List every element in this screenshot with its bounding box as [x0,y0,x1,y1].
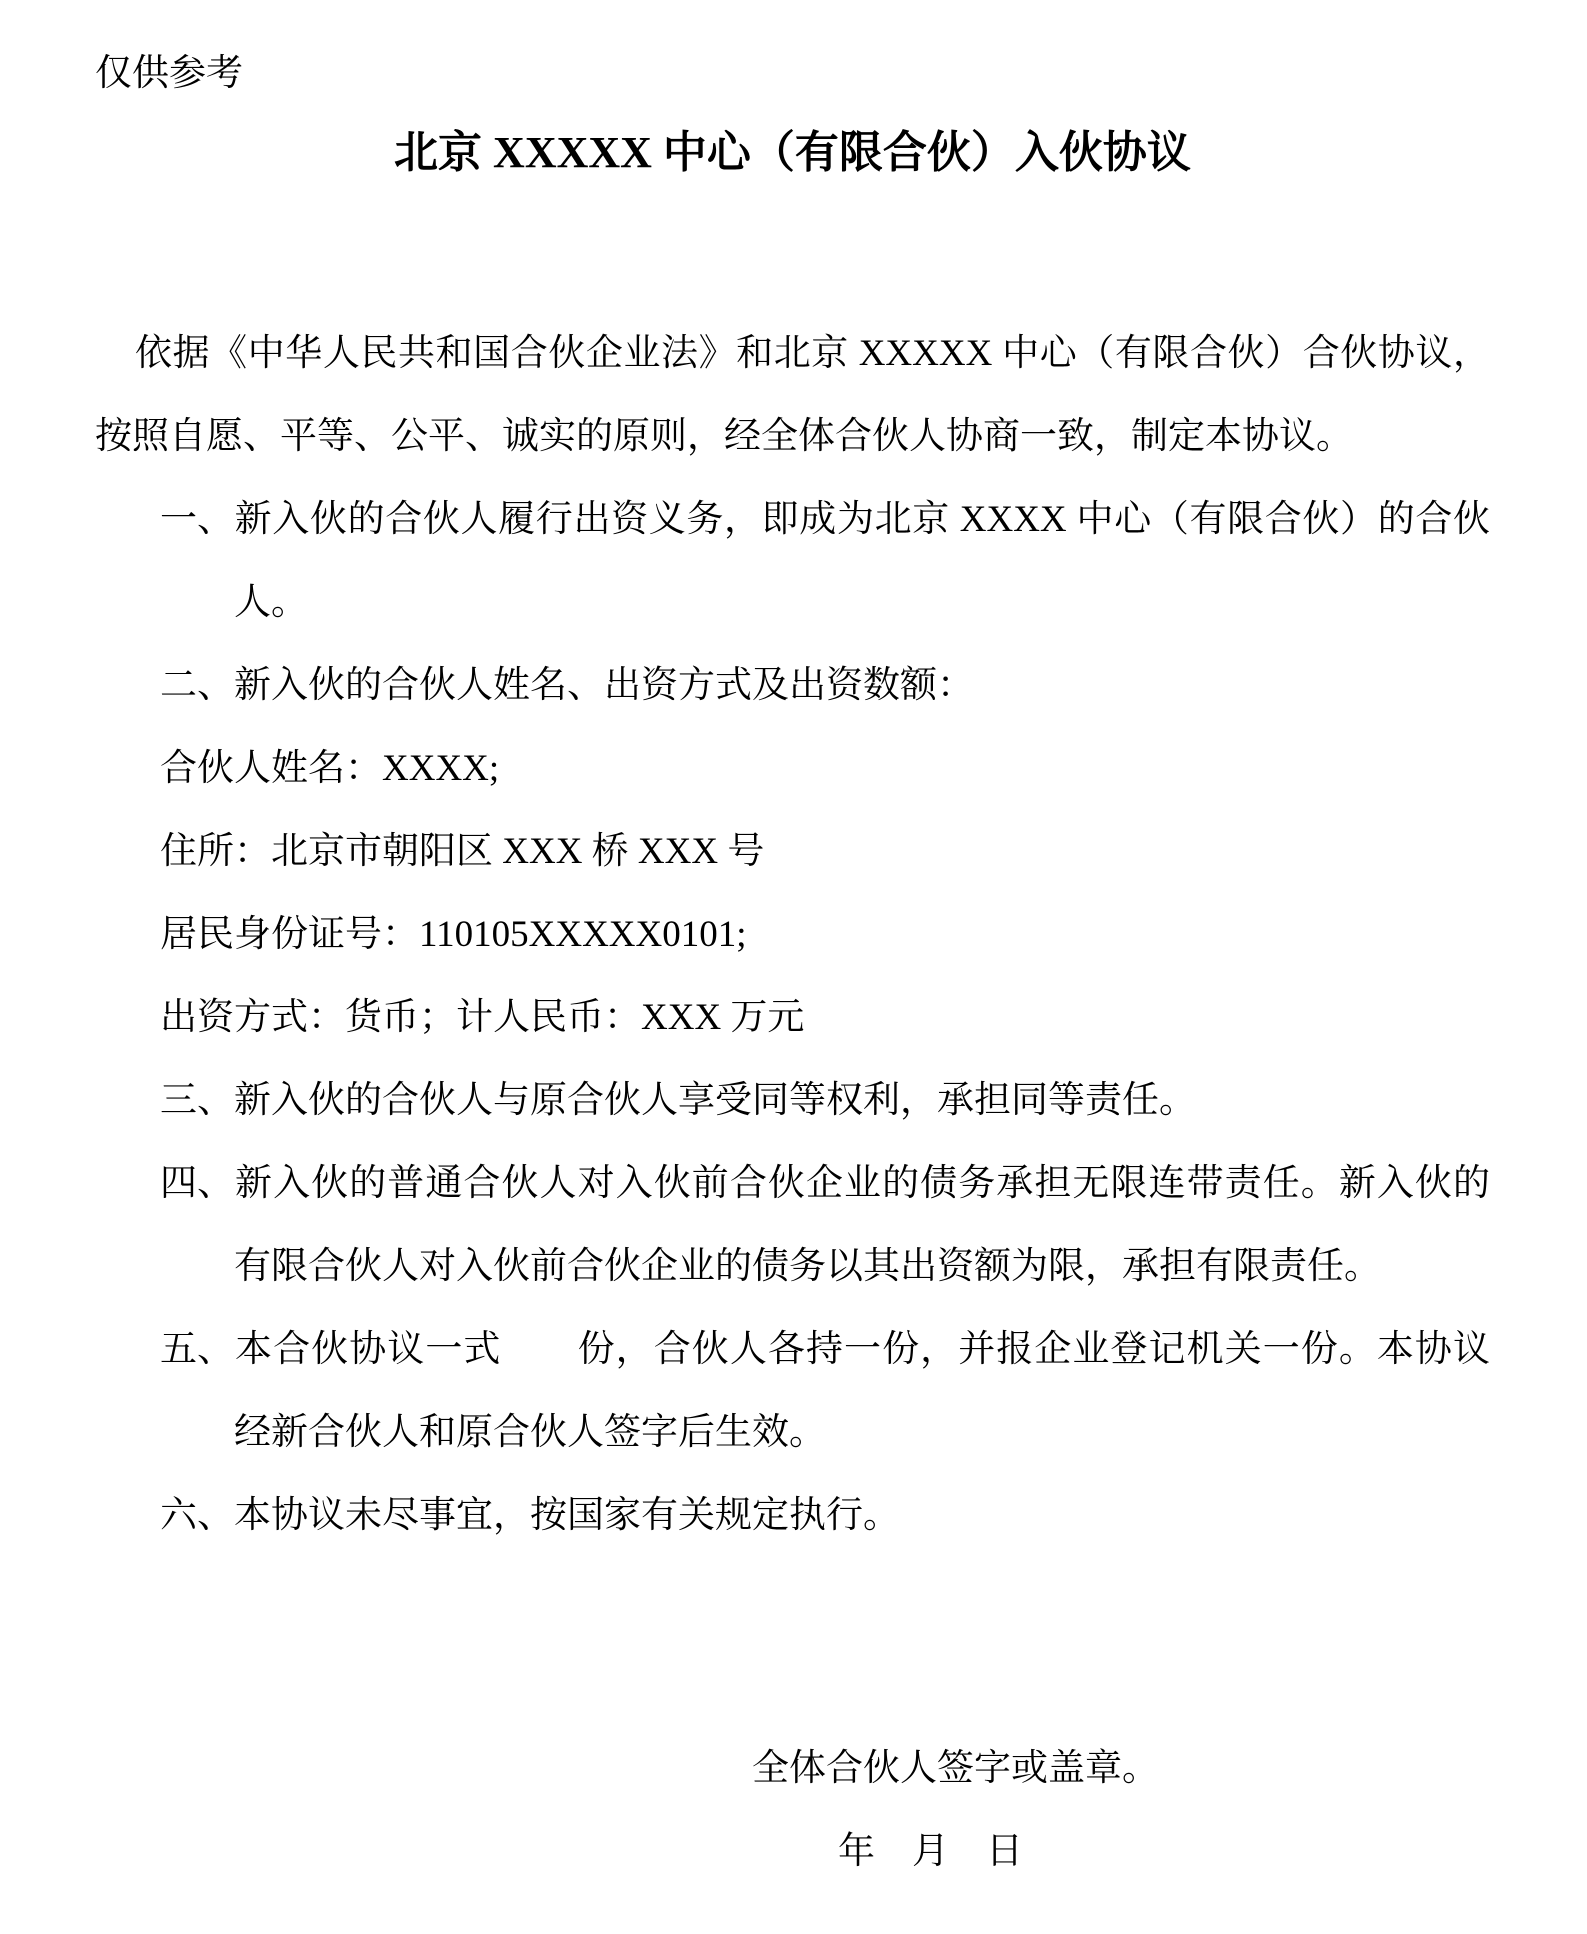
signature-line: 全体合伙人签字或盖章。 [752,1727,1490,1810]
clause-6: 六、本协议未尽事宜，按国家有关规定执行。 [160,1474,1490,1557]
document-page: 仅供参考 北京 XXXXX 中心（有限合伙）入伙协议 依据《中华人民共和国合伙企… [0,0,1587,1934]
clause-2-number: 二、 [160,644,234,727]
clause-1-text: 新入伙的合伙人履行出资义务，即成为北京 XXXX 中心（有限合伙）的合伙人。 [234,499,1490,623]
detail-partner-name: 合伙人姓名：XXXX; [160,727,1490,810]
clause-3-text: 新入伙的合伙人与原合伙人享受同等权利，承担同等责任。 [234,1080,1196,1121]
detail-address: 住所：北京市朝阳区 XXX 桥 XXX 号 [160,810,1490,893]
clause-6-number: 六、 [160,1474,234,1557]
clause-6-text: 本协议未尽事宜，按国家有关规定执行。 [234,1495,900,1536]
detail-id-number: 居民身份证号：110105XXXXX0101; [160,893,1490,976]
clause-3-number: 三、 [160,1059,234,1142]
clause-2-text: 新入伙的合伙人姓名、出资方式及出资数额： [234,665,974,706]
clause-5-number: 五、 [160,1308,234,1391]
clause-1: 一、新入伙的合伙人履行出资义务，即成为北京 XXXX 中心（有限合伙）的合伙人。 [160,478,1490,644]
clause-4-text: 新入伙的普通合伙人对入伙前合伙企业的债务承担无限连带责任。新入伙的有限合伙人对入… [234,1163,1490,1287]
clause-2: 二、新入伙的合伙人姓名、出资方式及出资数额： [160,644,1490,727]
intro-paragraph: 依据《中华人民共和国合伙企业法》和北京 XXXXX 中心（有限合伙）合伙协议，按… [95,312,1490,478]
reference-note: 仅供参考 [95,52,1490,96]
clause-1-number: 一、 [160,478,234,561]
clause-5: 五、本合伙协议一式 份，合伙人各持一份，并报企业登记机关一份。本协议经新合伙人和… [160,1308,1490,1474]
clause-5-text: 本合伙协议一式 份，合伙人各持一份，并报企业登记机关一份。本协议经新合伙人和原合… [234,1329,1490,1453]
detail-contribution: 出资方式：货币；计人民币：XXX 万元 [160,976,1490,1059]
clause-4-number: 四、 [160,1142,234,1225]
clause-3: 三、新入伙的合伙人与原合伙人享受同等权利，承担同等责任。 [160,1059,1490,1142]
clause-4: 四、新入伙的普通合伙人对入伙前合伙企业的债务承担无限连带责任。新入伙的有限合伙人… [160,1142,1490,1308]
date-line: 年 月 日 [838,1810,1490,1893]
document-title: 北京 XXXXX 中心（有限合伙）入伙协议 [95,124,1490,181]
